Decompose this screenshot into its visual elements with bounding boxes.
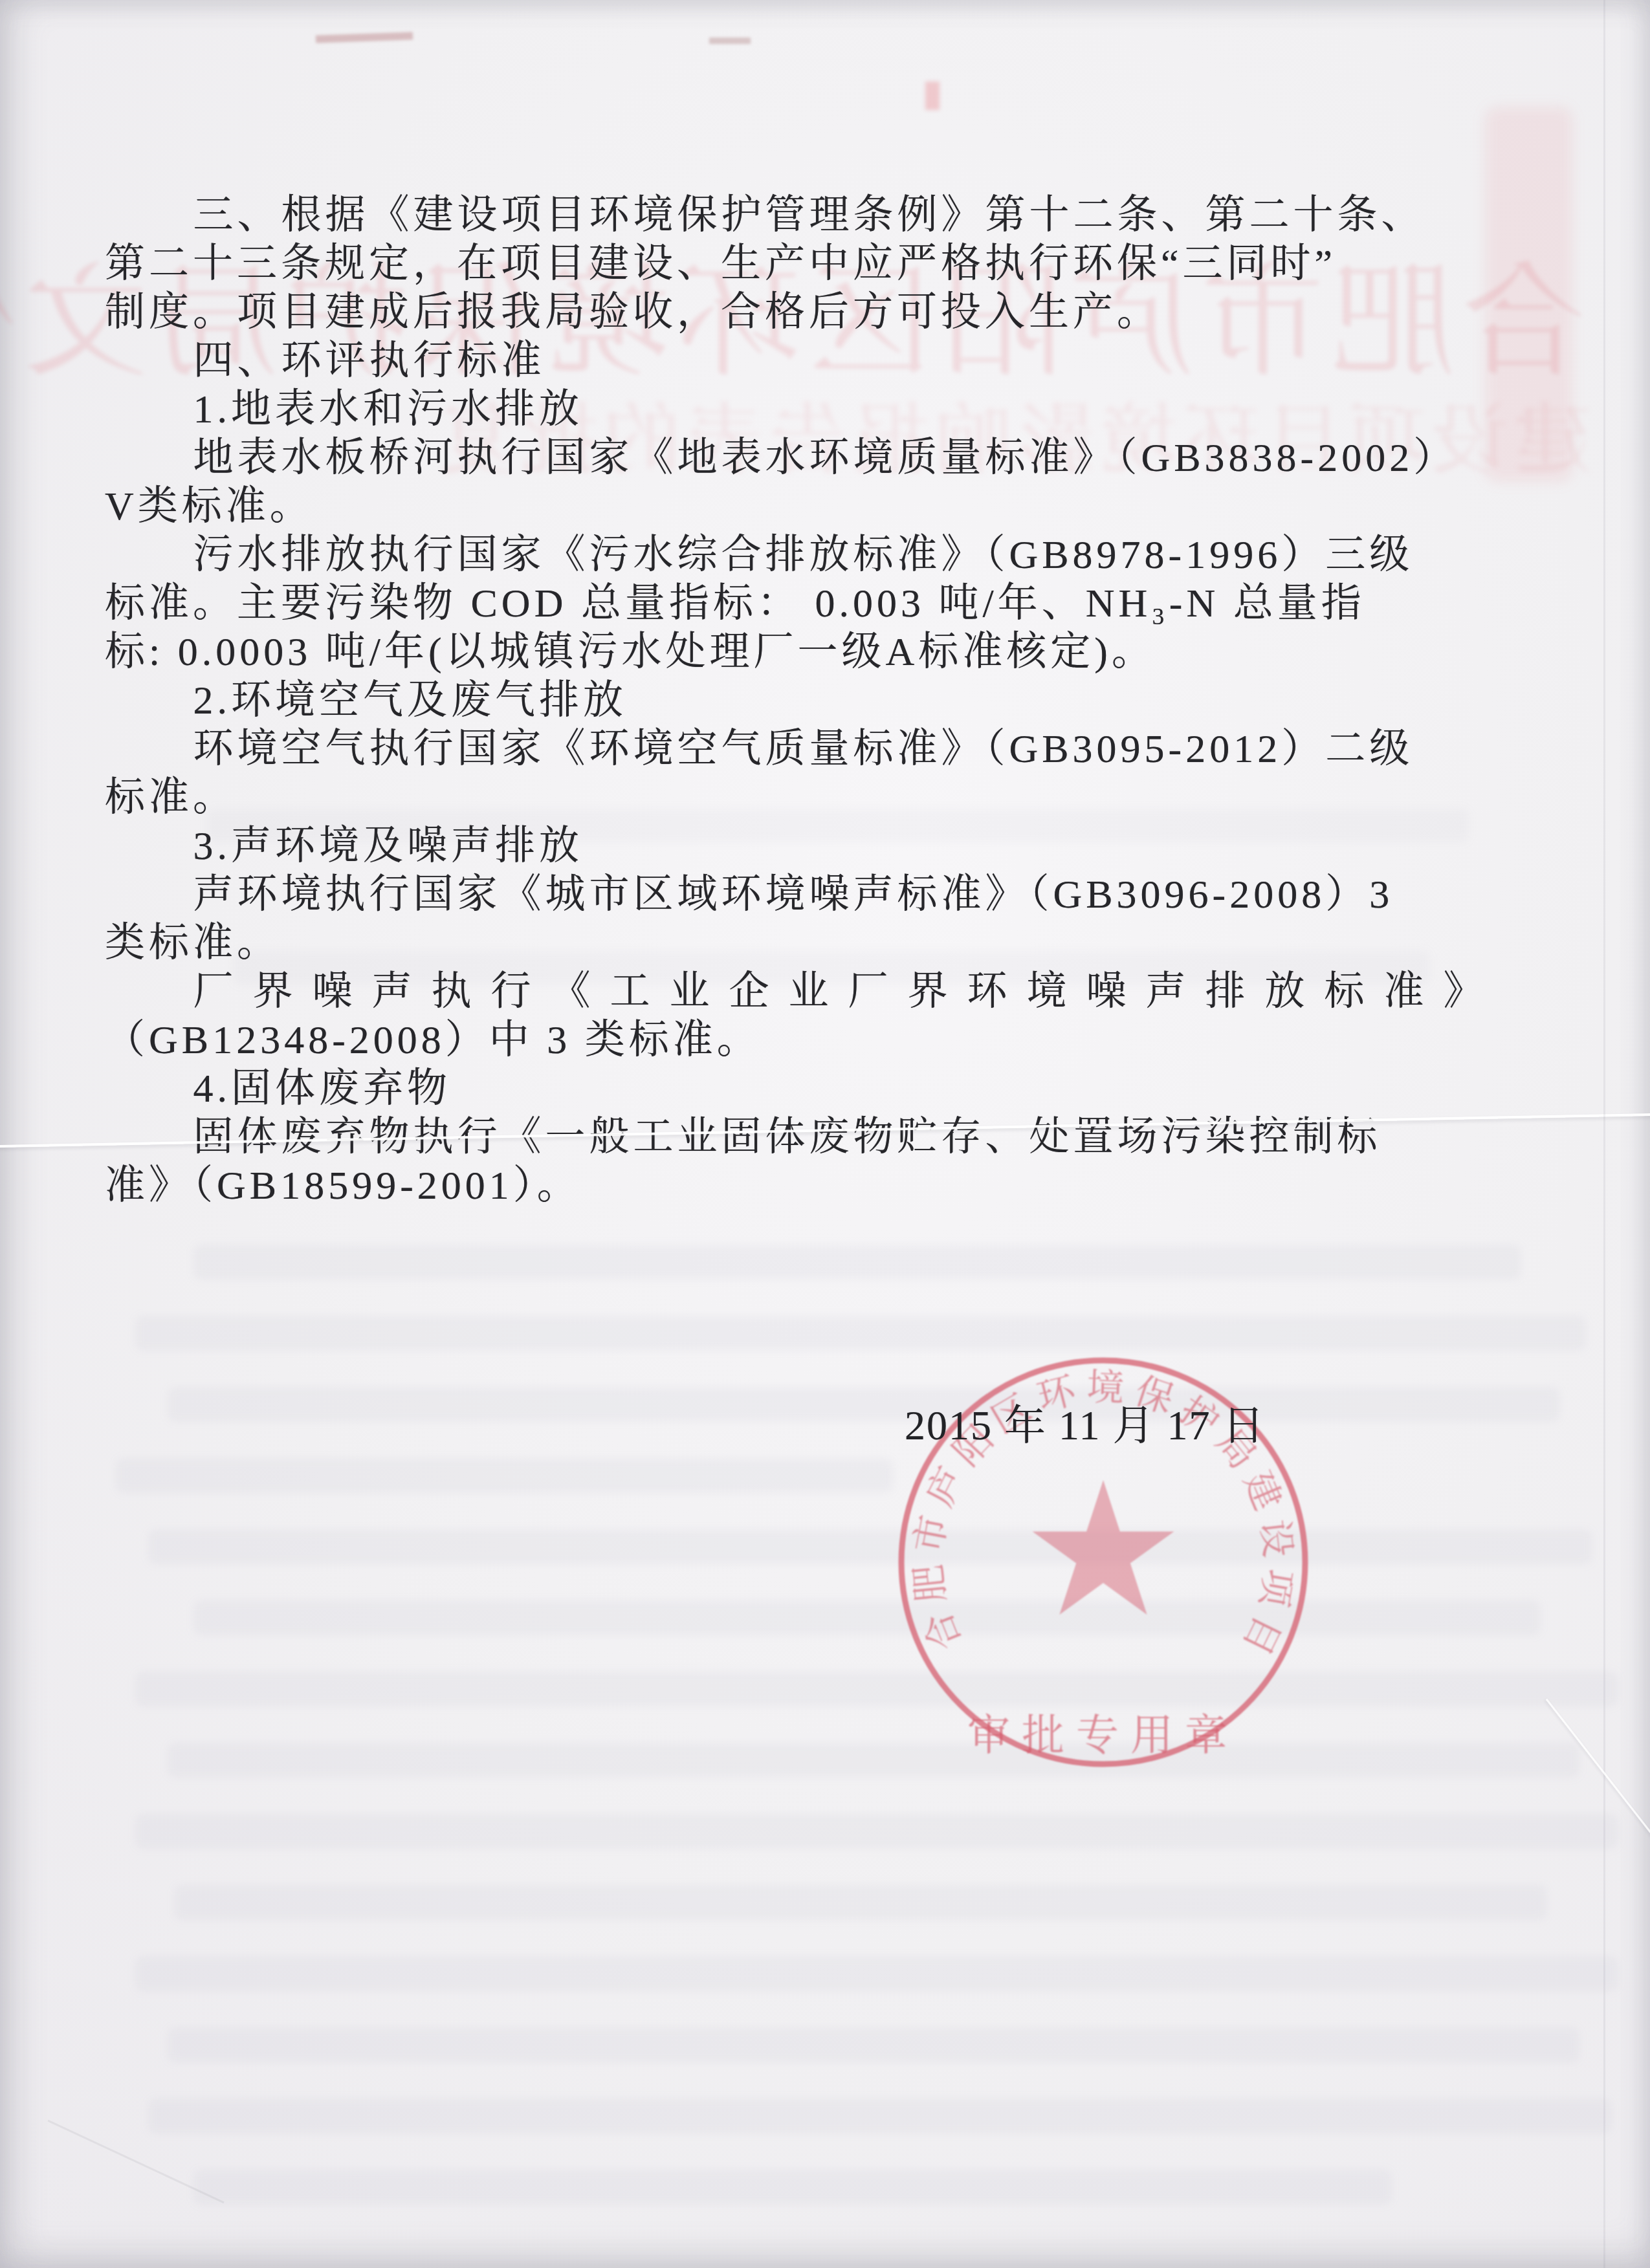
doc-line: （GB12348-2008）中 3 类标准。 <box>105 1016 1553 1065</box>
scan-artifact-mark <box>316 32 413 43</box>
doc-line: 标准。主要污染物 COD 总量指标： 0.003 吨/年、NH₃-N 总量指 <box>105 580 1553 628</box>
bleedthrough-ghost-line <box>194 1601 1540 1635</box>
bleedthrough-ghost-line <box>168 1743 1579 1777</box>
bleedthrough-ghost-line <box>194 2170 1391 2204</box>
doc-line: 厂界噪声执行《工业企业厂界环境噪声排放标准》 <box>105 968 1553 1016</box>
document-body: 三、根据《建设项目环境保护管理条例》第十二条、第二十条、 第二十三条规定，在项目… <box>0 191 1650 1210</box>
doc-line: 1.地表水和污水排放 <box>105 386 1553 434</box>
bleedthrough-ghost-line <box>194 1245 1521 1279</box>
bleedthrough-ghost-line <box>136 1815 1618 1848</box>
date-line: 2015 年 11 月 17 日 <box>905 1392 1266 1452</box>
doc-line: 标: 0.0003 吨/年(以城镇污水处理厂一级A标准核定)。 <box>105 628 1553 677</box>
stamp-bottom-text: 审批专用章 <box>967 1712 1239 1760</box>
doc-line: 4.固体废弃物 <box>105 1065 1553 1113</box>
doc-line: 三、根据《建设项目环境保护管理条例》第十二条、第二十条、 <box>105 191 1553 240</box>
paper-crease-vertical <box>1603 0 1605 2268</box>
doc-line: 准》（GB18599-2001）。 <box>105 1162 1553 1210</box>
bleedthrough-ghost-line <box>175 1886 1546 1919</box>
scan-artifact-mark <box>925 82 940 110</box>
scanned-page: 合肥市庐阳区环境保护局文件 建设项目环境影响报告表的批复 三、根据《建设项目环境… <box>0 0 1650 2268</box>
doc-line: 四、环评执行标准 <box>105 337 1553 386</box>
doc-line: 第二十三条规定，在项目建设、生产中应严格执行环保“三同时” <box>105 240 1553 289</box>
doc-line: 声环境执行国家《城市区域环境噪声标准》（GB3096-2008）3 <box>105 871 1553 919</box>
doc-line: 3.声环境及噪声排放 <box>105 822 1553 871</box>
bleedthrough-ghost-line <box>149 2099 1611 2133</box>
doc-line: 环境空气执行国家《环境空气质量标准》（GB3095-2012）二级 <box>105 725 1553 774</box>
doc-line: 污水排放执行国家《污水综合排放标准》（GB8978-1996）三级 <box>105 531 1553 580</box>
bleedthrough-ghost-line <box>168 1388 1559 1421</box>
doc-line: 地表水板桥河执行国家《地表水环境质量标准》（GB3838-2002） <box>105 434 1553 483</box>
bleedthrough-ghost-line <box>116 1459 893 1492</box>
bleedthrough-ghost-line <box>136 1672 1618 1706</box>
star-icon <box>1033 1480 1174 1615</box>
doc-line: 制度。项目建成后报我局验收，合格后方可投入生产。 <box>105 289 1553 337</box>
doc-line: 类标准。 <box>105 919 1553 968</box>
doc-line: 2.环境空气及废气排放 <box>105 677 1553 725</box>
bleedthrough-ghost-line <box>136 1316 1585 1350</box>
bleedthrough-ghost-line <box>168 2028 1579 2062</box>
bleedthrough-ghost-line <box>136 1957 1618 1990</box>
doc-line: V类标准。 <box>105 483 1553 531</box>
doc-line: 标准。 <box>105 774 1553 822</box>
scan-artifact-mark <box>709 38 751 44</box>
bleedthrough-ghost-line <box>149 1530 1592 1564</box>
